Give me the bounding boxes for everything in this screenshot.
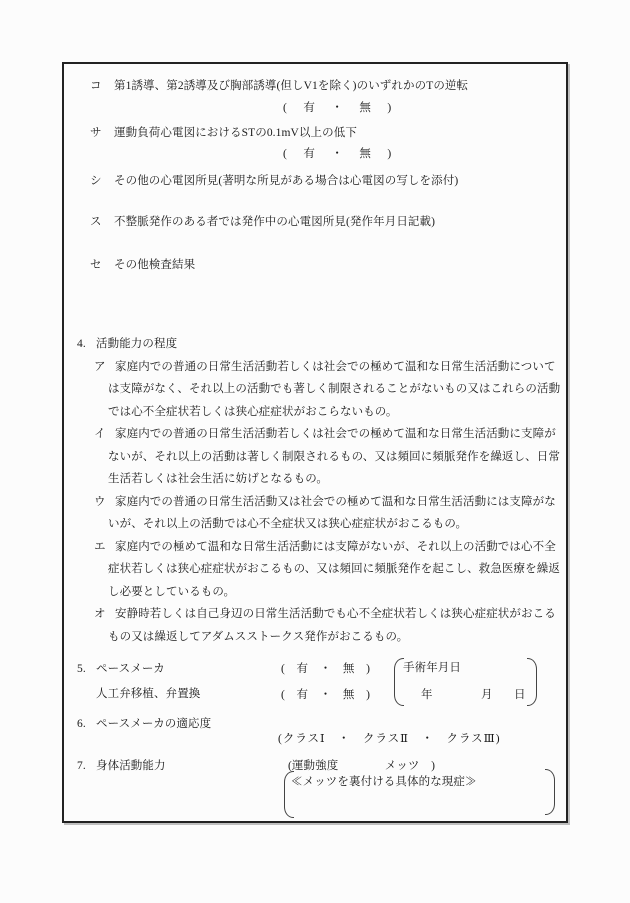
surgery-date-bracket-right bbox=[527, 658, 537, 706]
section5-title: ペースメーカ bbox=[96, 663, 165, 675]
item-e-line1: 家庭内での極めて温和な日常生活活動には支障がないが、それ以上の活動では心不全 bbox=[115, 541, 556, 553]
item-kana-se: セ bbox=[90, 258, 114, 272]
item-i-line3: 生活若しくは社会生活に妨げとなるもの。 bbox=[108, 472, 328, 486]
section4-item-o: オ安静時若しくは自己身辺の日常生活活動でも心不全症状若しくは狭心症症状がおこる bbox=[94, 607, 556, 621]
section7-heading: 7.身体活動能力 bbox=[77, 759, 166, 773]
section5-number: 5. bbox=[77, 662, 96, 676]
item-text-su: 不整脈発作のある者では発作中の心電図所見(発作年月日記載) bbox=[114, 216, 435, 228]
section4-title: 活動能力の程度 bbox=[96, 338, 177, 350]
item-kana-su: ス bbox=[90, 215, 114, 229]
section7-number: 7. bbox=[77, 759, 96, 773]
item-text-se: その他検査結果 bbox=[114, 259, 195, 271]
section4-item-a: ア家庭内での普通の日常生活活動若しくは社会での極めて温和な日常生活活動について bbox=[94, 360, 556, 374]
section4-heading: 4.活動能力の程度 bbox=[77, 337, 177, 351]
section6-heading: 6.ペースメーカの適応度 bbox=[77, 717, 211, 731]
item-a-line1: 家庭内での普通の日常生活活動若しくは社会での極めて温和な日常生活活動について bbox=[115, 361, 556, 373]
surgery-date-bracket-left bbox=[394, 658, 404, 706]
item-a-line2: は支障がなく、それ以上の活動でも著しく制限されることがないもの又はこれらの活動 bbox=[108, 382, 560, 396]
ecg-item-su: ス不整脈発作のある者では発作中の心電図所見(発作年月日記載) bbox=[90, 215, 435, 229]
item-e-line3: し必要としているもの。 bbox=[108, 585, 235, 599]
mets-bracket-right bbox=[545, 769, 555, 815]
surgery-year-label: 年 bbox=[421, 688, 433, 702]
section6-number: 6. bbox=[77, 717, 96, 731]
item-i-line1: 家庭内での普通の日常生活活動若しくは社会での極めて温和な日常生活活動に支障が bbox=[115, 428, 556, 440]
item-u-line2: いが、それ以上の活動では心不全症状又は狭心症症状がおこるもの。 bbox=[108, 517, 467, 531]
section7-title: 身体活動能力 bbox=[96, 760, 166, 772]
item-kana-u: ウ bbox=[94, 495, 115, 509]
item-a-line3: では心不全症状若しくは狭心症症状がおこらないもの。 bbox=[108, 405, 398, 419]
item-text-ko: 第1誘導、第2誘導及び胸部誘導(但しV1を除く)のいずれかのTの逆転 bbox=[114, 80, 468, 92]
item-u-line1: 家庭内での普通の日常生活活動又は社会での極めて温和な日常生活活動には支障がな bbox=[115, 496, 556, 508]
section4-item-u: ウ家庭内での普通の日常生活活動又は社会での極めて温和な日常生活活動には支障がな bbox=[94, 495, 556, 509]
surgery-date-label: 手術年月日 bbox=[403, 661, 461, 675]
surgery-month-label: 月 bbox=[481, 688, 493, 702]
item-kana-e: エ bbox=[94, 540, 115, 554]
section5-subtitle: 人工弁移植、弁置換 bbox=[96, 687, 200, 701]
section4-item-e: エ家庭内での極めて温和な日常生活活動には支障がないが、それ以上の活動では心不全 bbox=[94, 540, 556, 554]
item-kana-sa: サ bbox=[90, 126, 114, 140]
item-kana-o: オ bbox=[94, 607, 115, 621]
choice-ko: ( 有 ・ 無 ) bbox=[283, 101, 394, 115]
surgery-day-label: 日 bbox=[514, 688, 526, 702]
item-e-line2: 症状若しくは狭心症症状がおこるもの、又は頻回に頻脈発作を起こし、救急医療を繰返 bbox=[108, 562, 560, 576]
section5-heading: 5.ペースメーカ bbox=[77, 662, 165, 676]
section6-options: (クラスⅠ ・ クラスⅡ ・ クラスⅢ) bbox=[278, 732, 501, 746]
ecg-item-shi: シその他の心電図所見(著明な所見がある場合は心電図の写しを添付) bbox=[90, 174, 458, 188]
ecg-item-se: セその他検査結果 bbox=[90, 258, 195, 272]
item-kana-ko: コ bbox=[90, 79, 114, 93]
section7-intensity: (運動強度 メッツ ) bbox=[288, 759, 435, 773]
section6-title: ペースメーカの適応度 bbox=[96, 718, 211, 730]
ecg-item-ko: コ第1誘導、第2誘導及び胸部誘導(但しV1を除く)のいずれかのTの逆転 bbox=[90, 79, 468, 93]
item-kana-i: イ bbox=[94, 427, 115, 441]
item-i-line2: ないが、それ以上の活動は著しく制限されるもの、又は頻回に頻脈発作を繰返し、日常 bbox=[108, 450, 560, 464]
item-text-sa: 運動負荷心電図におけるSTの0.1mV以上の低下 bbox=[114, 127, 357, 139]
section4-number: 4. bbox=[77, 337, 96, 351]
section5-choice1: ( 有 ・ 無 ) bbox=[281, 662, 370, 676]
item-kana-a: ア bbox=[94, 360, 115, 374]
mets-bracket-left bbox=[284, 771, 294, 818]
document-page: コ第1誘導、第2誘導及び胸部誘導(但しV1を除く)のいずれかのTの逆転 ( 有 … bbox=[0, 0, 630, 903]
item-kana-shi: シ bbox=[90, 174, 114, 188]
section4-item-i: イ家庭内での普通の日常生活活動若しくは社会での極めて温和な日常生活活動に支障が bbox=[94, 427, 556, 441]
ecg-item-sa: サ運動負荷心電図におけるSTの0.1mV以上の低下 bbox=[90, 126, 357, 140]
item-o-line2: もの又は繰返してアダムスストークス発作がおこるもの。 bbox=[108, 630, 408, 644]
item-text-shi: その他の心電図所見(著明な所見がある場合は心電図の写しを添付) bbox=[114, 175, 458, 187]
item-o-line1: 安静時若しくは自己身辺の日常生活活動でも心不全症状若しくは狭心症症状がおこる bbox=[115, 608, 556, 620]
choice-sa: ( 有 ・ 無 ) bbox=[283, 147, 394, 161]
section5-choice2: ( 有 ・ 無 ) bbox=[281, 688, 370, 702]
mets-evidence-heading: ≪メッツを裏付ける具体的な現症≫ bbox=[291, 775, 477, 789]
